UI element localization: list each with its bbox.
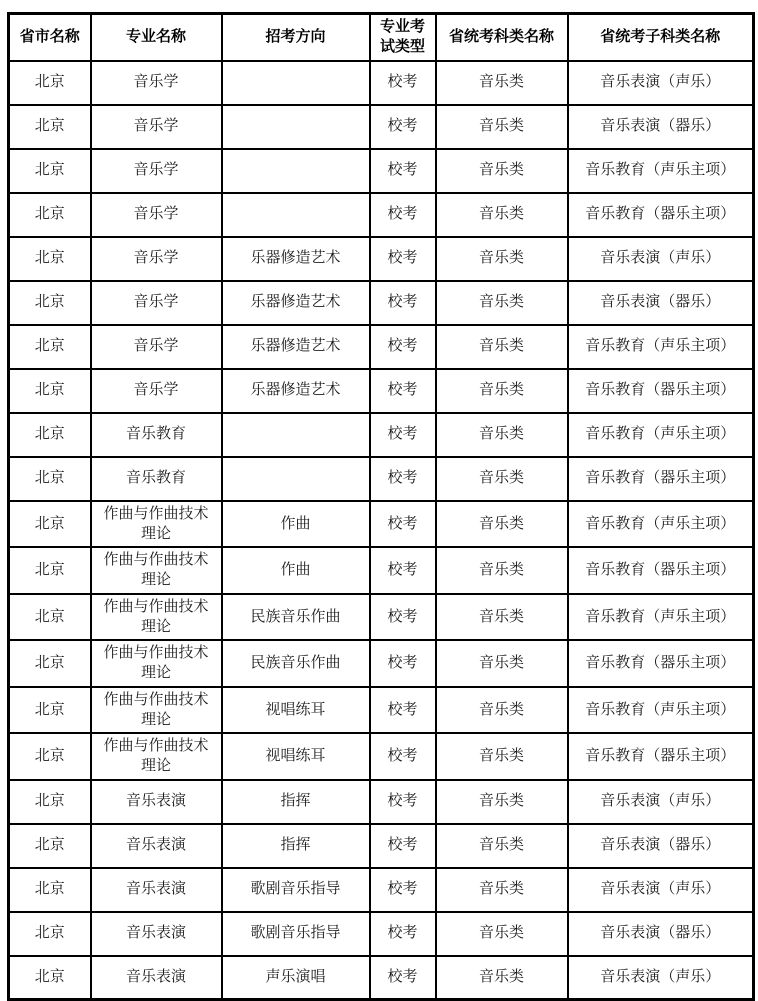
- table-cell-exam_type: 校考: [370, 193, 436, 237]
- table-cell-subcategory: 音乐表演（器乐）: [568, 912, 754, 956]
- table-cell-direction: 乐器修造艺术: [222, 325, 370, 369]
- table-cell-direction: 歌剧音乐指导: [222, 912, 370, 956]
- table-cell-subcategory: 音乐表演（器乐）: [568, 281, 754, 325]
- table-cell-subcategory: 音乐表演（声乐）: [568, 956, 754, 1000]
- table-cell-direction: 歌剧音乐指导: [222, 868, 370, 912]
- table-row: 北京音乐表演指挥校考音乐类音乐表演（声乐）: [9, 780, 754, 824]
- table-cell-major: 作曲与作曲技术理论: [91, 547, 222, 594]
- table-cell-category: 音乐类: [436, 640, 568, 687]
- table-row: 北京作曲与作曲技术理论视唱练耳校考音乐类音乐教育（器乐主项）: [9, 733, 754, 780]
- table-cell-major: 作曲与作曲技术理论: [91, 687, 222, 734]
- table-cell-exam_type: 校考: [370, 912, 436, 956]
- table-cell-subcategory: 音乐教育（声乐主项）: [568, 413, 754, 457]
- table-cell-direction: 乐器修造艺术: [222, 237, 370, 281]
- table-cell-direction: 声乐演唱: [222, 956, 370, 1000]
- table-cell-category: 音乐类: [436, 868, 568, 912]
- table-cell-major: 音乐表演: [91, 912, 222, 956]
- table-cell-exam_type: 校考: [370, 640, 436, 687]
- table-cell-province: 北京: [9, 193, 91, 237]
- table-cell-province: 北京: [9, 149, 91, 193]
- table-cell-major: 音乐教育: [91, 413, 222, 457]
- table-cell-category: 音乐类: [436, 594, 568, 641]
- table-cell-direction: [222, 61, 370, 105]
- table-cell-category: 音乐类: [436, 733, 568, 780]
- table-row: 北京作曲与作曲技术理论作曲校考音乐类音乐教育（器乐主项）: [9, 547, 754, 594]
- table-row: 北京音乐教育校考音乐类音乐教育（声乐主项）: [9, 413, 754, 457]
- column-header-exam_type: 专业考 试类型: [370, 14, 436, 61]
- table-row: 北京音乐学校考音乐类音乐教育（声乐主项）: [9, 149, 754, 193]
- table-cell-subcategory: 音乐教育（声乐主项）: [568, 325, 754, 369]
- table-cell-province: 北京: [9, 281, 91, 325]
- table-cell-province: 北京: [9, 61, 91, 105]
- table-cell-direction: [222, 457, 370, 501]
- table-row: 北京音乐学乐器修造艺术校考音乐类音乐教育（声乐主项）: [9, 325, 754, 369]
- table-row: 北京音乐表演歌剧音乐指导校考音乐类音乐表演（器乐）: [9, 912, 754, 956]
- table-cell-exam_type: 校考: [370, 824, 436, 868]
- table-row: 北京音乐学乐器修造艺术校考音乐类音乐教育（器乐主项）: [9, 369, 754, 413]
- table-cell-exam_type: 校考: [370, 547, 436, 594]
- table-cell-province: 北京: [9, 547, 91, 594]
- table-cell-exam_type: 校考: [370, 594, 436, 641]
- table-cell-category: 音乐类: [436, 61, 568, 105]
- table-cell-province: 北京: [9, 105, 91, 149]
- table-row: 北京音乐学校考音乐类音乐表演（器乐）: [9, 105, 754, 149]
- table-cell-exam_type: 校考: [370, 325, 436, 369]
- table-cell-major: 音乐学: [91, 281, 222, 325]
- table-cell-exam_type: 校考: [370, 687, 436, 734]
- table-cell-major: 音乐教育: [91, 457, 222, 501]
- table-cell-subcategory: 音乐教育（器乐主项）: [568, 193, 754, 237]
- table-cell-category: 音乐类: [436, 780, 568, 824]
- table-cell-direction: 民族音乐作曲: [222, 594, 370, 641]
- table-cell-direction: 指挥: [222, 780, 370, 824]
- column-header-major: 专业名称: [91, 14, 222, 61]
- table-row: 北京作曲与作曲技术理论视唱练耳校考音乐类音乐教育（声乐主项）: [9, 687, 754, 734]
- table-row: 北京音乐学乐器修造艺术校考音乐类音乐表演（声乐）: [9, 237, 754, 281]
- table-cell-category: 音乐类: [436, 369, 568, 413]
- table-cell-direction: [222, 193, 370, 237]
- table-cell-province: 北京: [9, 956, 91, 1000]
- table-cell-major: 音乐表演: [91, 868, 222, 912]
- table-cell-exam_type: 校考: [370, 237, 436, 281]
- table-cell-major: 音乐学: [91, 61, 222, 105]
- exam-category-table: 省市名称专业名称招考方向专业考 试类型省统考科类名称省统考子科类名称 北京音乐学…: [7, 12, 755, 1001]
- table-cell-major: 音乐学: [91, 237, 222, 281]
- table-cell-province: 北京: [9, 413, 91, 457]
- table-cell-province: 北京: [9, 369, 91, 413]
- table-cell-major: 音乐学: [91, 149, 222, 193]
- table-body: 北京音乐学校考音乐类音乐表演（声乐）北京音乐学校考音乐类音乐表演（器乐）北京音乐…: [9, 61, 754, 1000]
- table-cell-subcategory: 音乐教育（器乐主项）: [568, 547, 754, 594]
- table-cell-subcategory: 音乐表演（器乐）: [568, 824, 754, 868]
- table-cell-direction: [222, 149, 370, 193]
- column-header-direction: 招考方向: [222, 14, 370, 61]
- table-cell-exam_type: 校考: [370, 733, 436, 780]
- table-cell-major: 音乐学: [91, 369, 222, 413]
- table-cell-subcategory: 音乐教育（器乐主项）: [568, 457, 754, 501]
- table-cell-major: 音乐表演: [91, 824, 222, 868]
- table-cell-direction: [222, 105, 370, 149]
- table-cell-exam_type: 校考: [370, 369, 436, 413]
- table-cell-exam_type: 校考: [370, 501, 436, 548]
- table-cell-category: 音乐类: [436, 193, 568, 237]
- table-cell-major: 作曲与作曲技术理论: [91, 640, 222, 687]
- table-cell-province: 北京: [9, 733, 91, 780]
- table-cell-subcategory: 音乐教育（声乐主项）: [568, 149, 754, 193]
- table-cell-subcategory: 音乐教育（器乐主项）: [568, 640, 754, 687]
- table-cell-subcategory: 音乐教育（声乐主项）: [568, 501, 754, 548]
- table-cell-direction: 乐器修造艺术: [222, 281, 370, 325]
- table-row: 北京音乐表演指挥校考音乐类音乐表演（器乐）: [9, 824, 754, 868]
- table-row: 北京音乐学乐器修造艺术校考音乐类音乐表演（器乐）: [9, 281, 754, 325]
- table-cell-province: 北京: [9, 237, 91, 281]
- table-cell-category: 音乐类: [436, 501, 568, 548]
- table-row: 北京作曲与作曲技术理论作曲校考音乐类音乐教育（声乐主项）: [9, 501, 754, 548]
- column-header-subcategory: 省统考子科类名称: [568, 14, 754, 61]
- table-cell-subcategory: 音乐表演（器乐）: [568, 105, 754, 149]
- header-row: 省市名称专业名称招考方向专业考 试类型省统考科类名称省统考子科类名称: [9, 14, 754, 61]
- table-cell-exam_type: 校考: [370, 105, 436, 149]
- table-cell-category: 音乐类: [436, 413, 568, 457]
- column-header-province: 省市名称: [9, 14, 91, 61]
- table-cell-province: 北京: [9, 594, 91, 641]
- table-cell-major: 音乐学: [91, 325, 222, 369]
- table-header: 省市名称专业名称招考方向专业考 试类型省统考科类名称省统考子科类名称: [9, 14, 754, 61]
- table-cell-major: 音乐表演: [91, 780, 222, 824]
- table-cell-category: 音乐类: [436, 281, 568, 325]
- table-cell-subcategory: 音乐表演（声乐）: [568, 780, 754, 824]
- table-cell-direction: 作曲: [222, 547, 370, 594]
- table-cell-province: 北京: [9, 501, 91, 548]
- table-cell-exam_type: 校考: [370, 956, 436, 1000]
- table-cell-exam_type: 校考: [370, 780, 436, 824]
- table-cell-province: 北京: [9, 824, 91, 868]
- table-cell-direction: 民族音乐作曲: [222, 640, 370, 687]
- table-cell-subcategory: 音乐表演（声乐）: [568, 237, 754, 281]
- table-cell-province: 北京: [9, 457, 91, 501]
- table-cell-category: 音乐类: [436, 325, 568, 369]
- table-cell-direction: 乐器修造艺术: [222, 369, 370, 413]
- table-cell-exam_type: 校考: [370, 61, 436, 105]
- table-row: 北京音乐学校考音乐类音乐教育（器乐主项）: [9, 193, 754, 237]
- table-cell-direction: 视唱练耳: [222, 687, 370, 734]
- table-cell-subcategory: 音乐表演（声乐）: [568, 868, 754, 912]
- table-cell-province: 北京: [9, 325, 91, 369]
- table-row: 北京音乐表演声乐演唱校考音乐类音乐表演（声乐）: [9, 956, 754, 1000]
- table-cell-province: 北京: [9, 780, 91, 824]
- table-cell-province: 北京: [9, 687, 91, 734]
- column-header-category: 省统考科类名称: [436, 14, 568, 61]
- table-cell-major: 音乐表演: [91, 956, 222, 1000]
- table-cell-subcategory: 音乐教育（声乐主项）: [568, 687, 754, 734]
- table-cell-province: 北京: [9, 640, 91, 687]
- table-cell-category: 音乐类: [436, 237, 568, 281]
- table-cell-major: 作曲与作曲技术理论: [91, 594, 222, 641]
- table-cell-direction: 指挥: [222, 824, 370, 868]
- table-cell-category: 音乐类: [436, 687, 568, 734]
- table-cell-category: 音乐类: [436, 956, 568, 1000]
- table-row: 北京作曲与作曲技术理论民族音乐作曲校考音乐类音乐教育（器乐主项）: [9, 640, 754, 687]
- table-cell-province: 北京: [9, 868, 91, 912]
- table-cell-category: 音乐类: [436, 912, 568, 956]
- table-cell-major: 音乐学: [91, 193, 222, 237]
- table-cell-major: 作曲与作曲技术理论: [91, 501, 222, 548]
- table-cell-province: 北京: [9, 912, 91, 956]
- table-cell-exam_type: 校考: [370, 868, 436, 912]
- table-row: 北京作曲与作曲技术理论民族音乐作曲校考音乐类音乐教育（声乐主项）: [9, 594, 754, 641]
- table-row: 北京音乐教育校考音乐类音乐教育（器乐主项）: [9, 457, 754, 501]
- table-cell-subcategory: 音乐教育（声乐主项）: [568, 594, 754, 641]
- table-row: 北京音乐表演歌剧音乐指导校考音乐类音乐表演（声乐）: [9, 868, 754, 912]
- table-cell-subcategory: 音乐表演（声乐）: [568, 61, 754, 105]
- table-row: 北京音乐学校考音乐类音乐表演（声乐）: [9, 61, 754, 105]
- table-cell-subcategory: 音乐教育（器乐主项）: [568, 733, 754, 780]
- table-cell-category: 音乐类: [436, 105, 568, 149]
- page: 省市名称专业名称招考方向专业考 试类型省统考科类名称省统考子科类名称 北京音乐学…: [0, 0, 758, 990]
- table-cell-direction: [222, 413, 370, 457]
- table-cell-category: 音乐类: [436, 457, 568, 501]
- table-cell-major: 作曲与作曲技术理论: [91, 733, 222, 780]
- table-cell-exam_type: 校考: [370, 413, 436, 457]
- table-cell-category: 音乐类: [436, 824, 568, 868]
- table-cell-exam_type: 校考: [370, 457, 436, 501]
- table-cell-exam_type: 校考: [370, 281, 436, 325]
- table-cell-direction: 视唱练耳: [222, 733, 370, 780]
- table-cell-direction: 作曲: [222, 501, 370, 548]
- table-cell-major: 音乐学: [91, 105, 222, 149]
- table-cell-subcategory: 音乐教育（器乐主项）: [568, 369, 754, 413]
- table-cell-category: 音乐类: [436, 149, 568, 193]
- table-cell-category: 音乐类: [436, 547, 568, 594]
- table-cell-exam_type: 校考: [370, 149, 436, 193]
